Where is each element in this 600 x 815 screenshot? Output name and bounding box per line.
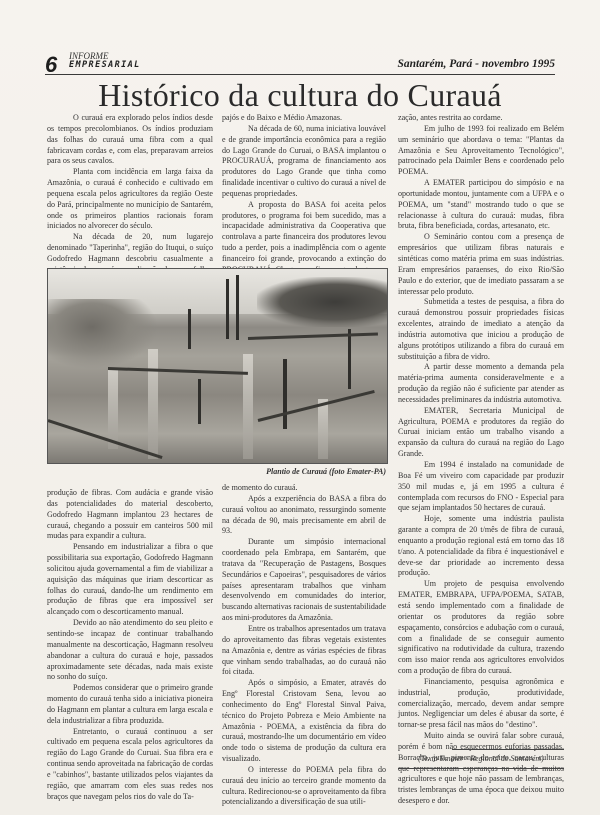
paragraph: A partir desse momento a demanda pela ma…: [398, 362, 564, 405]
page-header: 6 INFORME EMPRESARIAL Santarém, Pará - n…: [45, 54, 555, 75]
paragraph: Financiamento, pesquisa agronômica e ind…: [398, 677, 564, 731]
photo-log: [48, 419, 163, 459]
paragraph: pajós e do Baixo e Médio Amazonas.: [222, 113, 386, 124]
column-3: zação, antes restrita ao cordame. Em jul…: [398, 113, 564, 807]
photo-grass: [318, 399, 328, 459]
photo-burnt-stalk: [348, 329, 351, 389]
dateline: Santarém, Pará - novembro 1995: [398, 58, 556, 70]
masthead-top: INFORME: [69, 52, 141, 60]
paragraph: Hoje, somente uma indústria paulista gar…: [398, 514, 564, 579]
column-1-bottom: produção de fibras. Com audácia e grande…: [47, 488, 213, 802]
paragraph: O interesse do POEMA pela fibra do curau…: [222, 765, 386, 808]
column-1-top: O curauá era explorado pelos índios desd…: [47, 113, 213, 287]
masthead-bottom: EMPRESARIAL: [69, 61, 141, 69]
paragraph: O curauá era explorado pelos índios desd…: [47, 113, 213, 167]
paragraph: Um projeto de pesquisa envolvendo EMATER…: [398, 579, 564, 677]
paragraph: A EMATER participou do simpósio e na opo…: [398, 178, 564, 232]
photo-grass: [108, 369, 118, 449]
caption-title: Plantio de Curauá: [266, 467, 327, 476]
photo-burnt-stalk: [198, 379, 201, 424]
paragraph: EMATER, Secretaria Municipal de Agricult…: [398, 406, 564, 460]
photo-tree-trunk: [188, 309, 191, 349]
photo-tree-trunk: [236, 275, 239, 340]
photo-log: [248, 332, 378, 340]
source-credit: (Texto Emater - Regional de Santarém): [398, 754, 564, 763]
photo-burnt-stalk: [283, 359, 287, 429]
paragraph: Devido ao não atendimento do seu pleito …: [47, 618, 213, 683]
column-2-bottom: de momento do curauá. Após a exzperiênci…: [222, 483, 386, 808]
photo-trees: [257, 277, 387, 327]
article-title: Histórico da cultura do Curauá: [0, 77, 600, 114]
photo-log: [258, 390, 375, 422]
masthead: INFORME EMPRESARIAL: [69, 52, 141, 69]
photo-tree-trunk: [226, 279, 229, 339]
paragraph: Em julho de 1993 foi realizado em Belém …: [398, 124, 564, 178]
divider: [452, 749, 564, 750]
paragraph: Entretanto, o curauá continuou a ser cul…: [47, 727, 213, 803]
paragraph: Muito ainda se ouvirá falar sobre curauá…: [398, 731, 564, 807]
photo-grass: [148, 349, 158, 459]
paragraph: Podemos considerar que o primeiro grande…: [47, 683, 213, 726]
paragraph: Após o simpósio, a Emater, através do En…: [222, 678, 386, 765]
photo-log: [108, 367, 248, 375]
paragraph: Durante um simpósio internacional coorde…: [222, 537, 386, 624]
paragraph: Planta com incidência em larga faixa da …: [47, 167, 213, 232]
page-number: 6: [45, 52, 57, 78]
paragraph: Pensando em industrializar a fibra o que…: [47, 542, 213, 618]
paragraph: O Seminário contou com a presença de emp…: [398, 232, 564, 297]
paragraph: A proposta do BASA foi aceita pelos prod…: [222, 200, 386, 276]
paragraph: Na década de 60, numa iniciativa louváve…: [222, 124, 386, 200]
caption-credit: (foto Emater-PA): [327, 467, 386, 476]
photo-people: [48, 299, 158, 369]
paragraph: zação, antes restrita ao cordame.: [398, 113, 564, 124]
photo-grass: [243, 354, 253, 459]
paragraph: produção de fibras. Com audácia e grande…: [47, 488, 213, 542]
paragraph: Entre os trabalhos apresentados um trata…: [222, 624, 386, 678]
divider: [398, 768, 564, 769]
newspaper-page: 6 INFORME EMPRESARIAL Santarém, Pará - n…: [0, 0, 600, 815]
paragraph: Submetida a testes de pesquisa, a fibra …: [398, 297, 564, 362]
column-2-top: pajós e do Baixo e Médio Amazonas. Na dé…: [222, 113, 386, 276]
paragraph: de momento do curauá.: [222, 483, 386, 494]
paragraph: Após a exzperiência do BASA a fibra do c…: [222, 494, 386, 537]
paragraph: Em 1994 é instalado na comunidade de Boa…: [398, 460, 564, 514]
photo-curaua-plantation: [47, 268, 388, 464]
photo-caption: Plantio de Curauá (foto Emater-PA): [150, 467, 386, 476]
